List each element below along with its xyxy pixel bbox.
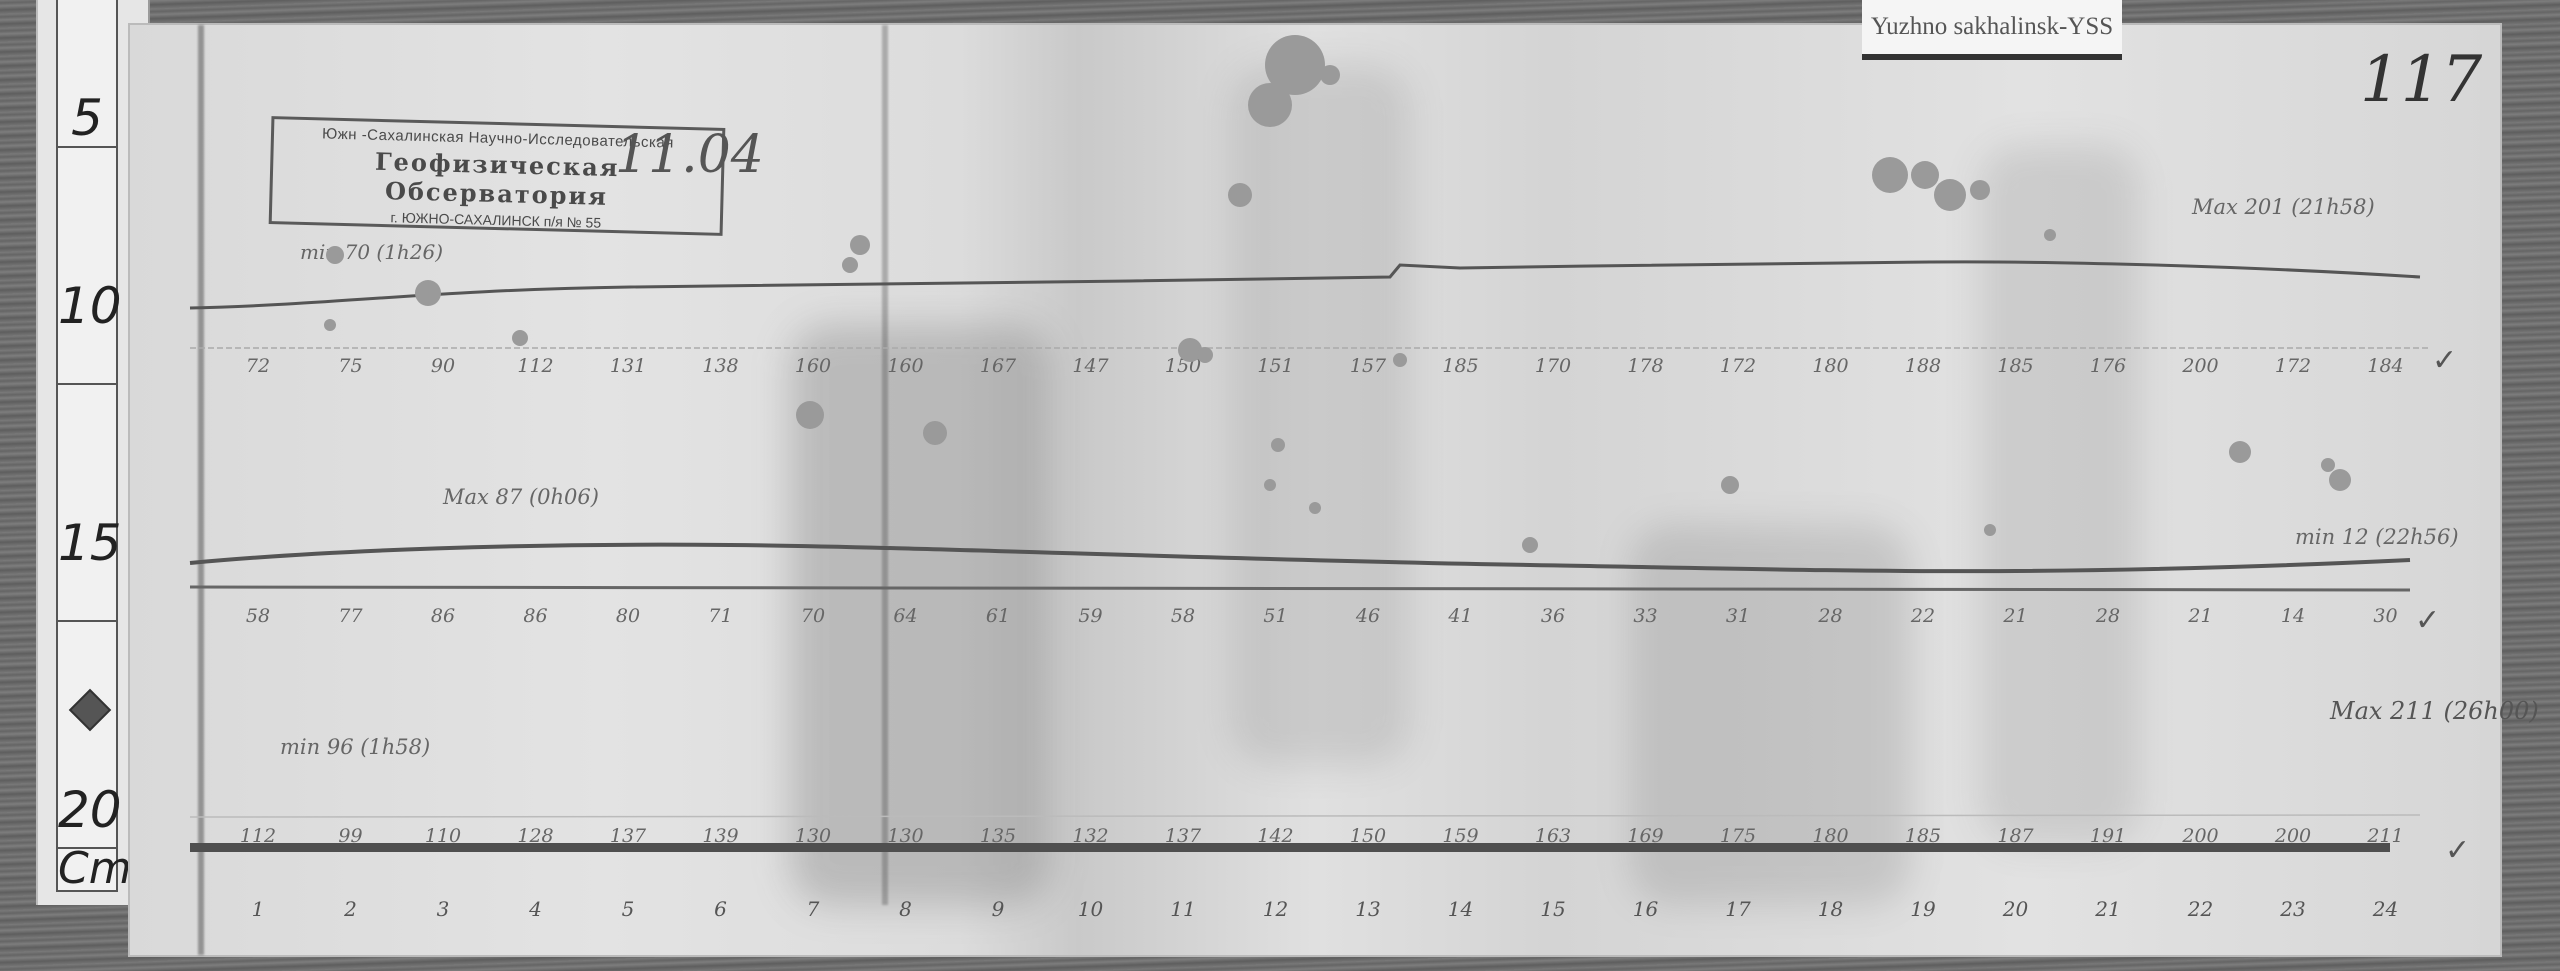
ink-blot	[2329, 469, 2351, 491]
hourly-value: 70	[801, 605, 825, 627]
ink-blot	[324, 319, 336, 331]
hourly-value: 80	[616, 605, 640, 627]
hourly-value: 167	[980, 355, 1016, 377]
hourly-value: 172	[2275, 355, 2311, 377]
hourly-value: 185	[1997, 355, 2033, 377]
ink-blot	[1872, 157, 1908, 193]
hourly-value: 137	[1165, 825, 1201, 847]
ink-blot	[1248, 83, 1292, 127]
hourly-value: 64	[893, 605, 917, 627]
ruler-mark-20: 20	[58, 620, 116, 849]
hourly-value: 163	[1535, 825, 1571, 847]
hourly-value: 139	[702, 825, 738, 847]
hourly-value: 188	[1905, 355, 1941, 377]
hour-label: 11	[1170, 897, 1195, 921]
hourly-value: 178	[1627, 355, 1663, 377]
ink-blot	[1264, 479, 1276, 491]
ink-blot	[850, 235, 870, 255]
hour-label: 10	[1078, 897, 1103, 921]
ink-blot	[1309, 502, 1321, 514]
hourly-value: 157	[1350, 355, 1386, 377]
hour-label: 18	[1818, 897, 1843, 921]
hourly-value: 41	[1448, 605, 1472, 627]
hourly-value: 110	[425, 825, 461, 847]
ink-blot	[1320, 65, 1340, 85]
hourly-value: 160	[795, 355, 831, 377]
ink-blot	[1934, 179, 1966, 211]
ink-blot	[842, 257, 858, 273]
ink-blot	[1271, 438, 1285, 452]
checkmark-icon: ✓	[2432, 343, 2457, 378]
hourly-value: 31	[1726, 605, 1750, 627]
ink-blot	[2229, 441, 2251, 463]
hour-label: 19	[1910, 897, 1935, 921]
hourly-value: 135	[980, 825, 1016, 847]
hourly-value: 28	[1818, 605, 1842, 627]
hourly-value: 176	[2090, 355, 2126, 377]
hour-label: 16	[1633, 897, 1658, 921]
hourly-value: 175	[1720, 825, 1756, 847]
hourly-value: 131	[610, 355, 646, 377]
hour-label: 2	[344, 897, 357, 921]
hourly-value: 128	[517, 825, 553, 847]
hourly-value: 185	[1905, 825, 1941, 847]
hourly-value: 112	[517, 355, 553, 377]
ink-blot	[1984, 524, 1996, 536]
hourly-value: 58	[1171, 605, 1195, 627]
ink-blot	[1393, 353, 1407, 367]
magnetogram-sheet: Южн -Сахалинская Научно-Исследовательска…	[130, 25, 2500, 955]
hourly-value: 77	[338, 605, 362, 627]
hourly-value: 28	[2096, 605, 2120, 627]
hourly-value: 191	[2090, 825, 2126, 847]
hourly-value: 170	[1535, 355, 1571, 377]
hourly-value: 86	[431, 605, 455, 627]
hour-label: 6	[714, 897, 727, 921]
traces-layer	[130, 25, 2500, 955]
hour-label: 5	[622, 897, 635, 921]
ink-blot	[923, 421, 947, 445]
hourly-value: 112	[240, 825, 276, 847]
ruler-scale: 5 10 15 20 Cm	[56, 0, 118, 892]
hour-label: 14	[1448, 897, 1473, 921]
hourly-value: 75	[338, 355, 362, 377]
hour-label: 8	[899, 897, 912, 921]
station-tag: Yuzhno sakhalinsk-YSS	[1862, 0, 2122, 60]
ruler-mark-10: 10	[58, 146, 116, 385]
hour-label: 1	[252, 897, 265, 921]
ink-blot	[1970, 180, 1990, 200]
hourly-value: 211	[2367, 825, 2403, 847]
ruler-unit: Cm	[58, 849, 116, 889]
hourly-value: 21	[2188, 605, 2212, 627]
hour-label: 9	[992, 897, 1005, 921]
hourly-value: 72	[246, 355, 270, 377]
hourly-value: 169	[1627, 825, 1663, 847]
hourly-value: 130	[795, 825, 831, 847]
ink-blot	[326, 246, 344, 264]
hourly-value: 200	[2182, 355, 2218, 377]
hour-label: 20	[2003, 897, 2028, 921]
hourly-value: 159	[1442, 825, 1478, 847]
hour-label: 21	[2095, 897, 2120, 921]
hourly-value: 132	[1072, 825, 1108, 847]
hourly-value: 36	[1541, 605, 1565, 627]
hourly-value: 151	[1257, 355, 1293, 377]
hourly-value: 147	[1072, 355, 1108, 377]
hour-label: 23	[2280, 897, 2305, 921]
hourly-value: 22	[1911, 605, 1935, 627]
hourly-value: 14	[2281, 605, 2305, 627]
ink-blot	[1911, 161, 1939, 189]
hour-label: 3	[437, 897, 450, 921]
ink-blot	[512, 330, 528, 346]
hour-label: 17	[1725, 897, 1750, 921]
ruler-mark-5: 5	[58, 0, 116, 148]
hourly-value: 172	[1720, 355, 1756, 377]
hourly-value: 187	[1997, 825, 2033, 847]
hourly-value: 138	[702, 355, 738, 377]
hourly-value: 33	[1633, 605, 1657, 627]
hourly-value: 30	[2373, 605, 2397, 627]
ink-blot	[796, 401, 824, 429]
hour-label: 7	[807, 897, 820, 921]
hourly-value: 21	[2003, 605, 2027, 627]
hour-label: 15	[1540, 897, 1565, 921]
hourly-value: 59	[1078, 605, 1102, 627]
ink-blot	[2044, 229, 2056, 241]
hour-label: 22	[2188, 897, 2213, 921]
checkmark-icon: ✓	[2415, 603, 2440, 638]
ink-blot	[1197, 347, 1213, 363]
ink-blot	[415, 280, 441, 306]
ink-blot	[1228, 183, 1252, 207]
ink-blot	[2321, 458, 2335, 472]
hourly-value: 99	[338, 825, 362, 847]
ink-blot	[1721, 476, 1739, 494]
hourly-value: 150	[1350, 825, 1386, 847]
hourly-value: 200	[2182, 825, 2218, 847]
hourly-value: 61	[986, 605, 1010, 627]
hourly-value: 137	[610, 825, 646, 847]
hourly-value: 86	[523, 605, 547, 627]
hourly-value: 51	[1263, 605, 1287, 627]
hourly-value: 130	[887, 825, 923, 847]
hour-label: 13	[1355, 897, 1380, 921]
hourly-value: 71	[708, 605, 732, 627]
hour-label: 12	[1263, 897, 1288, 921]
hourly-value: 180	[1812, 355, 1848, 377]
ink-blot	[1522, 537, 1538, 553]
hourly-value: 46	[1356, 605, 1380, 627]
checkmark-icon: ✓	[2445, 833, 2470, 868]
ruler-mark-15: 15	[58, 383, 116, 622]
hourly-value: 160	[887, 355, 923, 377]
hourly-value: 58	[246, 605, 270, 627]
hour-label: 4	[529, 897, 542, 921]
hourly-value: 180	[1812, 825, 1848, 847]
hourly-value: 142	[1257, 825, 1293, 847]
hour-label: 24	[2373, 897, 2398, 921]
hourly-value: 90	[431, 355, 455, 377]
hourly-value: 185	[1442, 355, 1478, 377]
hourly-value: 184	[2367, 355, 2403, 377]
hourly-value: 200	[2275, 825, 2311, 847]
